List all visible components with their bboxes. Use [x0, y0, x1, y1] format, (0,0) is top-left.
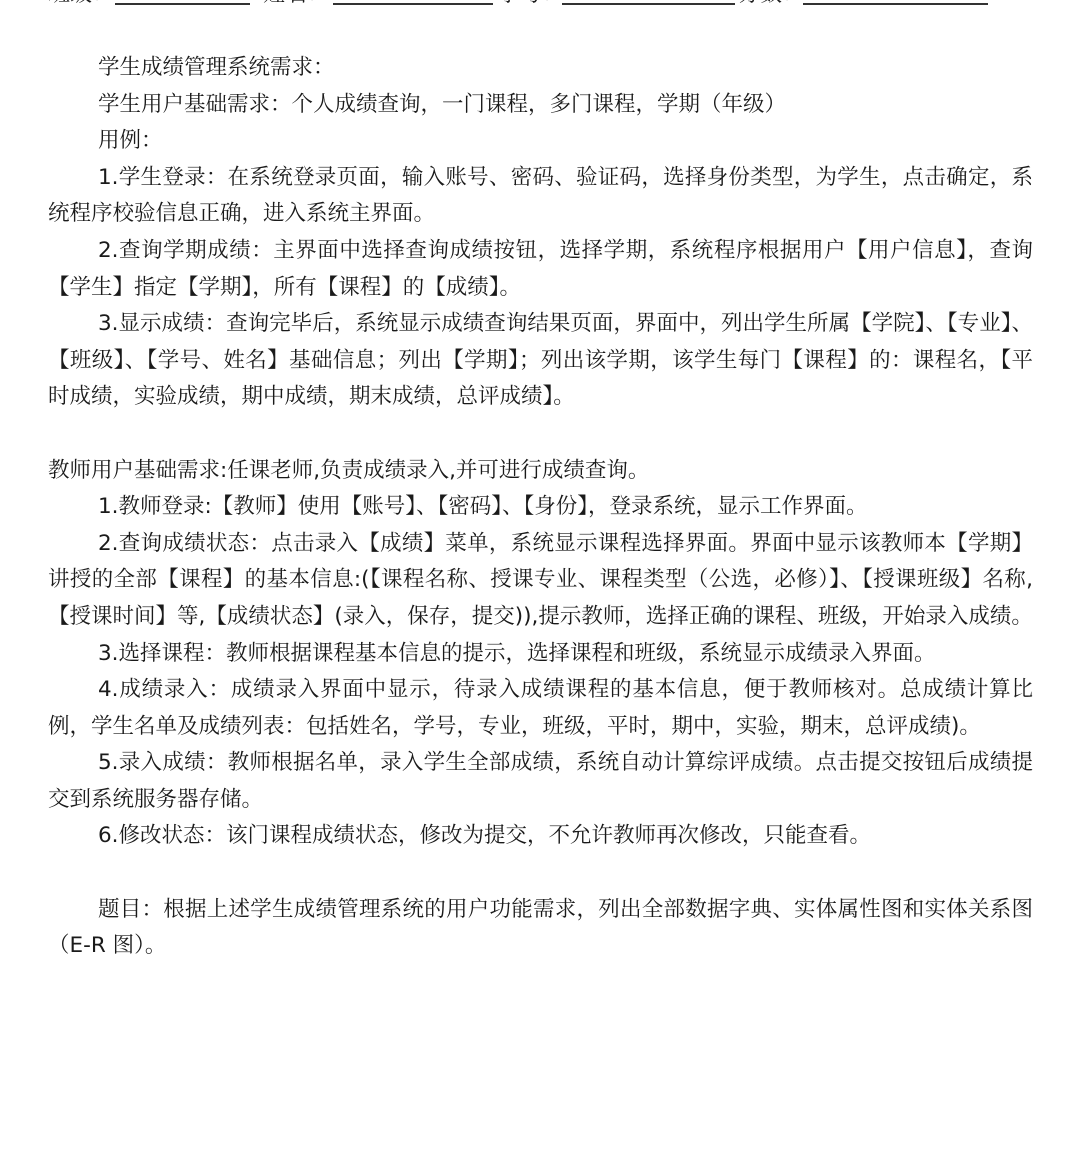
student-id-label: 学号：: [498, 0, 564, 6]
name-label: 姓名：: [263, 0, 329, 6]
name-blank-field[interactable]: [333, 3, 493, 5]
student-use-case-3: 3.显示成绩：查询完毕后，系统显示成绩查询结果页面，界面中，列出学生所属【学院】…: [48, 306, 1033, 416]
student-use-case-1: 1.学生登录：在系统登录页面，输入账号、密码、验证码，选择身份类型，为学生，点击…: [48, 160, 1033, 233]
requirements-document: 学生成绩管理系统需求： 学生用户基础需求：个人成绩查询，一门课程，多门课程，学期…: [48, 50, 1033, 965]
score-label: 分数：: [738, 0, 804, 6]
section-spacer: [48, 416, 1033, 453]
class-label: 班级：: [48, 0, 114, 6]
teacher-use-case-2: 2.查询成绩状态：点击录入【成绩】菜单，系统显示课程选择界面。界面中显示该教师本…: [48, 526, 1033, 636]
class-blank-field[interactable]: [115, 3, 250, 5]
teacher-use-case-6: 6.修改状态：该门课程成绩状态，修改为提交，不允许教师再次修改，只能查看。: [48, 818, 1033, 855]
section-spacer: [48, 855, 1033, 892]
teacher-requirements-intro: 教师用户基础需求:任课老师,负责成绩录入,并可进行成绩查询。: [48, 453, 1033, 490]
teacher-use-case-1: 1.教师登录:【教师】使用【账号】、【密码】、【身份】，登录系统，显示工作界面。: [48, 489, 1033, 526]
use-case-label: 用例：: [48, 123, 1033, 160]
student-use-case-2: 2.查询学期成绩：主界面中选择查询成绩按钮，选择学期，系统程序根据用户【用户信息…: [48, 233, 1033, 306]
teacher-use-case-4: 4.成绩录入：成绩录入界面中显示，待录入成绩课程的基本信息，便于教师核对。总成绩…: [48, 672, 1033, 745]
teacher-use-case-3: 3.选择课程：教师根据课程基本信息的提示，选择课程和班级，系统显示成绩录入界面。: [48, 636, 1033, 673]
student-id-blank-field[interactable]: [562, 3, 735, 5]
score-blank-field[interactable]: [803, 3, 988, 5]
teacher-use-case-5: 5.录入成绩：教师根据名单，录入学生全部成绩，系统自动计算综评成绩。点击提交按钮…: [48, 745, 1033, 818]
assignment-question: 题目：根据上述学生成绩管理系统的用户功能需求，列出全部数据字典、实体属性图和实体…: [48, 892, 1033, 965]
student-info-header: 班级： 姓名： 学号： 分数：: [48, 0, 1048, 6]
student-requirements-intro: 学生用户基础需求：个人成绩查询，一门课程，多门课程，学期（年级）: [48, 87, 1033, 124]
document-title: 学生成绩管理系统需求：: [48, 50, 1033, 87]
